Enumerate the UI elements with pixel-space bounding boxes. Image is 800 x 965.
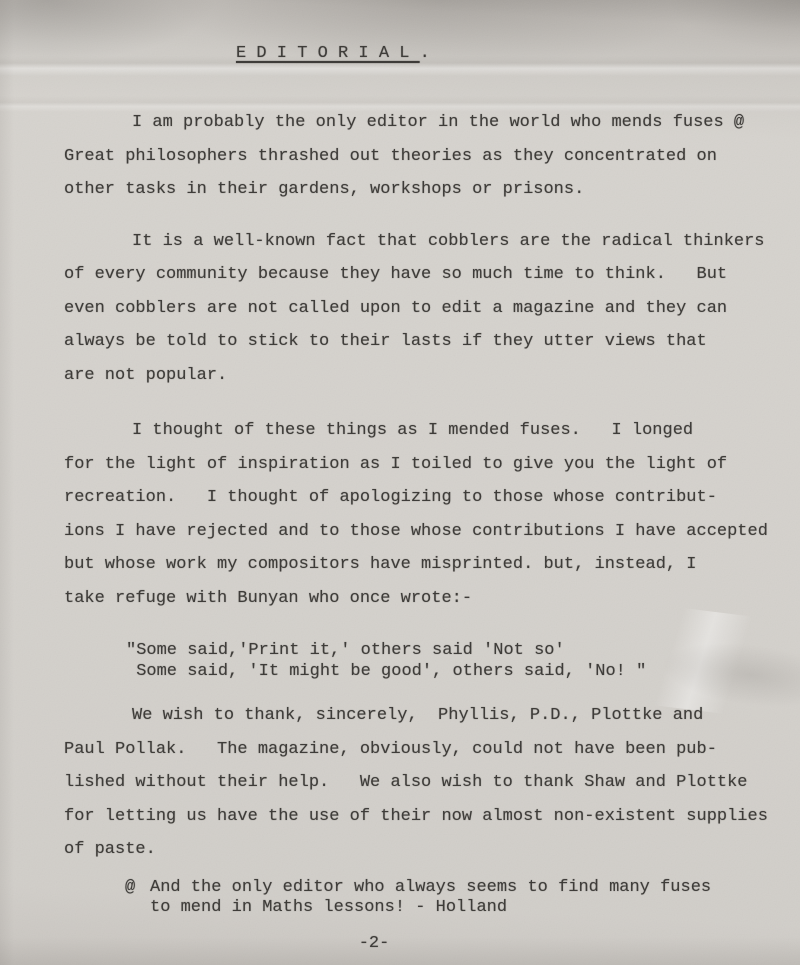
text-line: are not popular. (64, 359, 800, 393)
paragraph: I thought of these things as I mended fu… (64, 414, 800, 615)
quote-line: Some said, 'It might be good', others sa… (126, 662, 800, 683)
text-line: other tasks in their gardens, workshops … (64, 173, 800, 207)
text-line: for letting us have the use of their now… (64, 800, 800, 834)
text-line: lished without their help. We also wish … (64, 766, 800, 800)
footnote-line: And the only editor who always seems to … (150, 878, 711, 899)
footnote-marker: @ (125, 878, 150, 919)
text-line: Paul Pollak. The magazine, obviously, co… (64, 733, 800, 767)
text-line: take refuge with Bunyan who once wrote:- (64, 582, 800, 616)
text-line: always be told to stick to their lasts i… (64, 325, 800, 359)
text-line: of paste. (64, 833, 800, 867)
text-line: even cobblers are not called upon to edi… (64, 292, 800, 326)
paragraph: We wish to thank, sincerely, Phyllis, P.… (64, 699, 800, 867)
text-line: of every community because they have so … (64, 258, 800, 292)
footnote: @ And the only editor who always seems t… (125, 878, 800, 919)
document-content: E D I T O R I A L . I am probably the on… (0, 42, 800, 954)
text-line: It is a well-known fact that cobblers ar… (64, 225, 800, 259)
text-line: for the light of inspiration as I toiled… (64, 448, 800, 482)
title-period: . (420, 44, 430, 63)
block-quote: "Some said,'Print it,' others said 'Not … (64, 641, 800, 682)
footnote-text: And the only editor who always seems to … (150, 878, 711, 919)
footnote-line: to mend in Maths lessons! - Holland (150, 898, 711, 919)
text-line: I thought of these things as I mended fu… (64, 414, 800, 448)
scanned-document-page: E D I T O R I A L . I am probably the on… (0, 0, 800, 965)
title-underlined-text: E D I T O R I A L (236, 44, 420, 63)
text-line: but whose work my compositors have mispr… (64, 548, 800, 582)
text-line: I am probably the only editor in the wor… (64, 106, 800, 140)
page-number: -2- (6, 934, 742, 954)
text-line: recreation. I thought of apologizing to … (64, 481, 800, 515)
paragraph: It is a well-known fact that cobblers ar… (64, 225, 800, 393)
quote-line: "Some said,'Print it,' others said 'Not … (126, 641, 800, 662)
paragraph: I am probably the only editor in the wor… (64, 106, 800, 207)
text-line: Great philosophers thrashed out theories… (64, 140, 800, 174)
page-title: E D I T O R I A L . (236, 42, 800, 66)
text-line: We wish to thank, sincerely, Phyllis, P.… (64, 699, 800, 733)
text-line: ions I have rejected and to those whose … (64, 515, 800, 549)
